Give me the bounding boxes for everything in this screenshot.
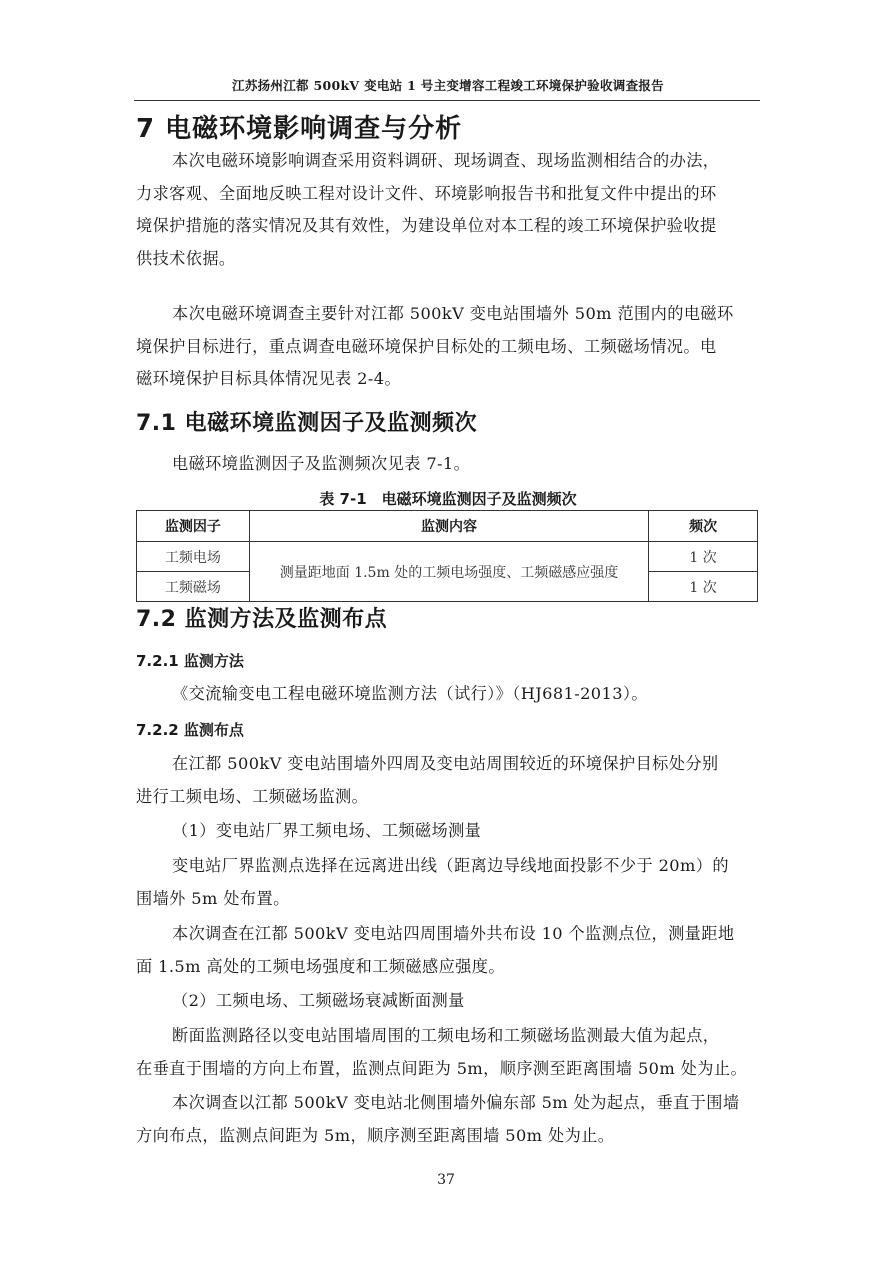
- layout-paragraph-1: 在江都 500kV 变电站围墙外四周及变电站周围较近的环境保护目标处分别 进行工…: [136, 748, 760, 813]
- chapter-paragraph-2: 本次电磁环境调查主要针对江都 500kV 变电站围墙外 50m 范围内的电磁环 …: [136, 298, 760, 396]
- text-line: 变电站厂界监测点选择在远离进出线（距离边导线地面投影不少于 20m）的: [136, 850, 760, 883]
- section-7-2-title: 7.2 监测方法及监测布点: [136, 602, 387, 633]
- cell-frequency: 1 次: [649, 542, 758, 572]
- header-rule: [134, 100, 760, 101]
- cell-frequency: 1 次: [649, 572, 758, 602]
- section-7-1-title: 7.1 电磁环境监测因子及监测频次: [136, 406, 477, 437]
- monitoring-method-text: 《交流输变电工程电磁环境监测方法（试行）》（HJ681-2013）。: [136, 678, 760, 711]
- page-number: 37: [0, 1172, 892, 1188]
- layout-paragraph-4: 断面监测路径以变电站围墙周围的工频电场和工频磁场监测最大值为起点， 在垂直于围墙…: [136, 1020, 760, 1085]
- column-header-content: 监测内容: [249, 511, 648, 542]
- text-line: 本次电磁环境调查主要针对江都 500kV 变电站围墙外 50m 范围内的电磁环: [136, 298, 760, 331]
- column-header-factor: 监测因子: [137, 511, 250, 542]
- text-line: 本次调查以江都 500kV 变电站北侧围墙外偏东部 5m 处为起点，垂直于围墙: [136, 1087, 760, 1120]
- cell-factor: 工频电场: [137, 542, 250, 572]
- cell-factor: 工频磁场: [137, 572, 250, 602]
- layout-item-2-heading: （2）工频电场、工频磁场衰减断面测量: [136, 985, 760, 1018]
- layout-item-1-heading: （1）变电站厂界工频电场、工频磁场测量: [136, 815, 760, 848]
- text-line: 境保护目标进行，重点调查电磁环境保护目标处的工频电场、工频磁场情况。电: [136, 331, 760, 364]
- chapter-paragraph-1: 本次电磁环境影响调查采用资料调研、现场调查、现场监测相结合的办法， 力求客观、全…: [136, 145, 760, 275]
- chapter-title: 7 电磁环境影响调查与分析: [136, 108, 462, 145]
- cell-content: 测量距地面 1.5m 处的工频电场强度、工频磁感应强度: [249, 542, 648, 602]
- text-line: 本次电磁环境影响调查采用资料调研、现场调查、现场监测相结合的办法，: [136, 145, 760, 178]
- text-line: （2）工频电场、工频磁场衰减断面测量: [136, 985, 760, 1018]
- text-line: 围墙外 5m 处布置。: [136, 883, 760, 916]
- section-7-1-intro: 电磁环境监测因子及监测频次见表 7-1。: [136, 448, 760, 481]
- text-line: 供技术依据。: [136, 243, 760, 276]
- text-line: 力求客观、全面地反映工程对设计文件、环境影响报告书和批复文件中提出的环: [136, 178, 760, 211]
- layout-paragraph-2: 变电站厂界监测点选择在远离进出线（距离边导线地面投影不少于 20m）的 围墙外 …: [136, 850, 760, 915]
- table-caption: 表 7-1 电磁环境监测因子及监测频次: [136, 488, 760, 509]
- table-header-row: 监测因子 监测内容 频次: [137, 511, 758, 542]
- column-header-frequency: 频次: [649, 511, 758, 542]
- text-line: 面 1.5m 高处的工频电场强度和工频磁感应强度。: [136, 951, 760, 984]
- text-line: 磁环境保护目标具体情况见表 2-4。: [136, 363, 760, 396]
- text-line: 《交流输变电工程电磁环境监测方法（试行）》（HJ681-2013）。: [136, 678, 760, 711]
- text-line: 电磁环境监测因子及监测频次见表 7-1。: [136, 448, 760, 481]
- text-line: 本次调查在江都 500kV 变电站四周围墙外共布设 10 个监测点位，测量距地: [136, 918, 760, 951]
- text-line: 进行工频电场、工频磁场监测。: [136, 781, 760, 814]
- running-header: 江苏扬州江都 500kV 变电站 1 号主变增容工程竣工环境保护验收调查报告: [136, 76, 760, 94]
- text-line: 断面监测路径以变电站围墙周围的工频电场和工频磁场监测最大值为起点，: [136, 1020, 760, 1053]
- subsection-7-2-1-title: 7.2.1 监测方法: [136, 650, 244, 671]
- subsection-7-2-2-title: 7.2.2 监测布点: [136, 719, 244, 740]
- layout-paragraph-5: 本次调查以江都 500kV 变电站北侧围墙外偏东部 5m 处为起点，垂直于围墙 …: [136, 1087, 760, 1152]
- text-line: （1）变电站厂界工频电场、工频磁场测量: [136, 815, 760, 848]
- layout-paragraph-3: 本次调查在江都 500kV 变电站四周围墙外共布设 10 个监测点位，测量距地 …: [136, 918, 760, 983]
- table-row: 工频电场 测量距地面 1.5m 处的工频电场强度、工频磁感应强度 1 次: [137, 542, 758, 572]
- text-line: 境保护措施的落实情况及其有效性，为建设单位对本工程的竣工环境保护验收提: [136, 210, 760, 243]
- text-line: 在江都 500kV 变电站围墙外四周及变电站周围较近的环境保护目标处分别: [136, 748, 760, 781]
- text-line: 方向布点，监测点间距为 5m，顺序测至距离围墙 50m 处为止。: [136, 1120, 760, 1153]
- text-line: 在垂直于围墙的方向上布置，监测点间距为 5m，顺序测至距离围墙 50m 处为止。: [136, 1053, 760, 1086]
- monitoring-factors-table: 监测因子 监测内容 频次 工频电场 测量距地面 1.5m 处的工频电场强度、工频…: [136, 510, 758, 602]
